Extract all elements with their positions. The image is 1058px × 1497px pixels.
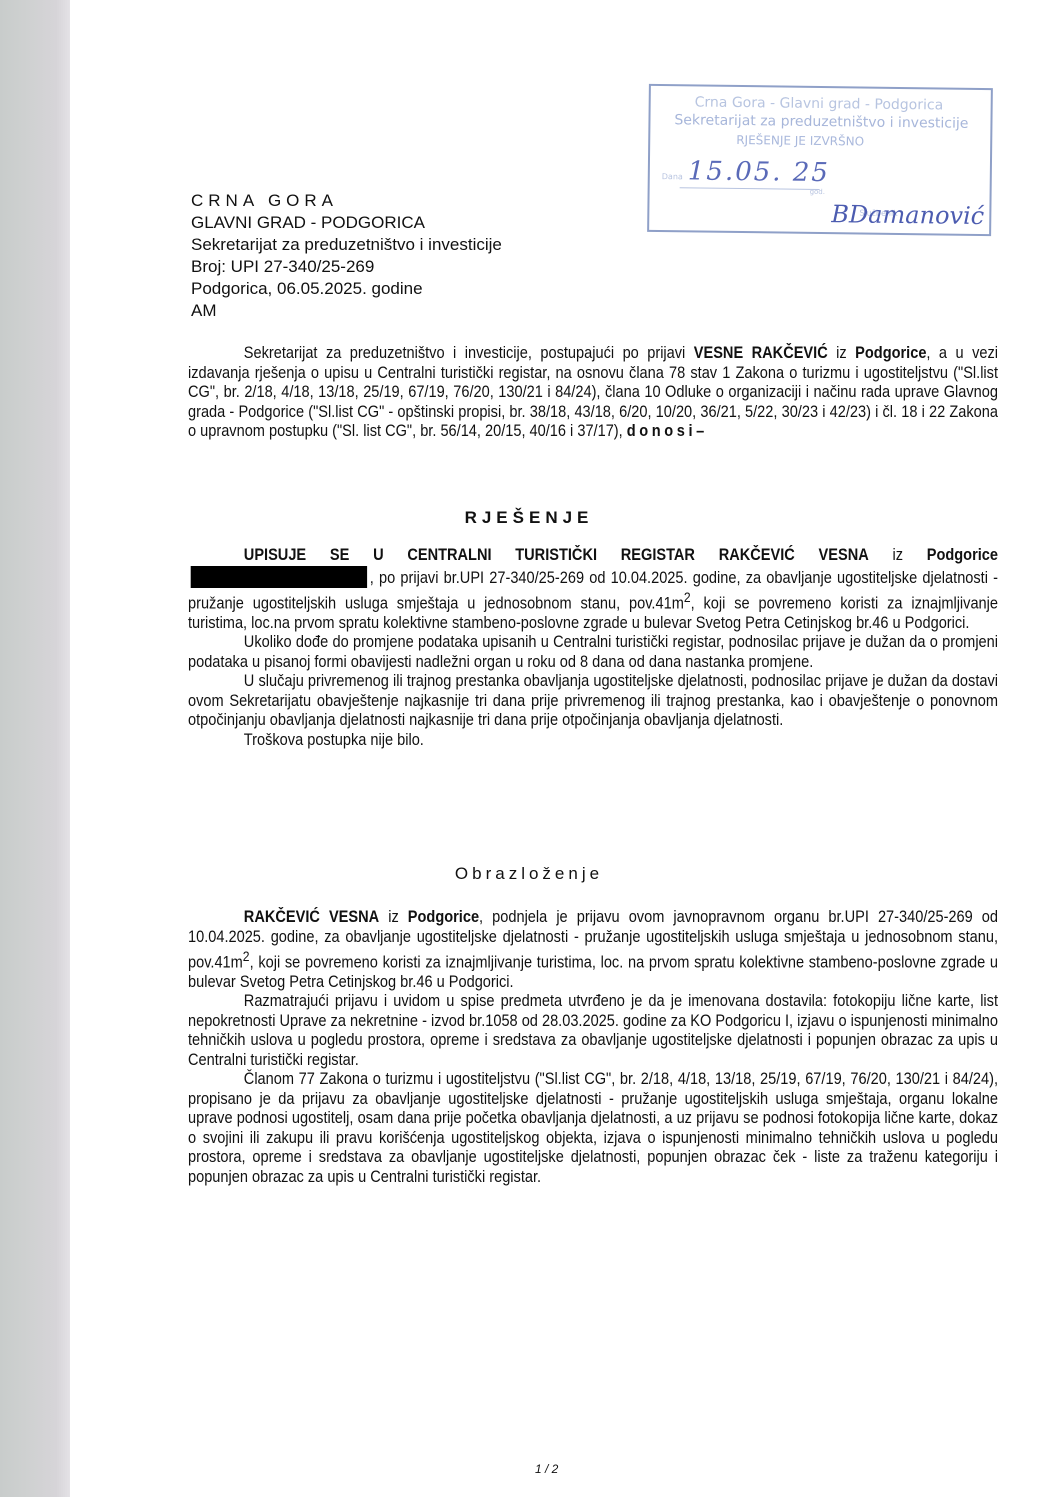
execution-stamp: Crna Gora - Glavni grad - Podgorica Sekr… — [647, 84, 993, 236]
stamp-line-2: Sekretarijat za preduzetništvo i investi… — [674, 112, 968, 132]
reasoning-paragraph-1: RAKČEVIĆ VESNA iz Podgorice, podnjela je… — [188, 908, 998, 992]
applicant-name: VESNE RAKČEVIĆ — [694, 344, 828, 362]
redacted-block — [191, 566, 367, 588]
reasoning-section: RAKČEVIĆ VESNA iz Podgorice, podnjela je… — [188, 908, 998, 1187]
stamp-line-1: Crna Gora - Glavni grad - Podgorica — [695, 94, 944, 113]
header-initials: AM — [191, 300, 502, 322]
decision-paragraph-1: UPISUJE SE U CENTRALNI TURISTIČKI REGIST… — [188, 546, 998, 633]
stamp-signature: BDamanović — [831, 200, 984, 230]
applicant-city: Podgorice — [855, 344, 926, 362]
header-number: Broj: UPI 27-340/25-269 — [191, 256, 502, 278]
page-number: 1 / 2 — [535, 1462, 558, 1476]
reasoning-paragraph-3: Članom 77 Zakona o turizmu i ugostiteljs… — [188, 1070, 998, 1187]
scan-edge — [0, 0, 70, 1497]
header-place-date: Podgorica, 06.05.2025. godine — [191, 278, 502, 300]
decision-heading-text: UPISUJE SE U CENTRALNI TURISTIČKI REGIST… — [244, 546, 869, 564]
decision-section: UPISUJE SE U CENTRALNI TURISTIČKI REGIST… — [188, 546, 998, 750]
reasoning-title: Obrazloženje — [0, 864, 1058, 884]
decision-paragraph-4: Troškova postupka nije bilo. — [188, 731, 998, 751]
donosi-word: donosi– — [627, 422, 708, 440]
stamp-handwritten-date: 15.05. 25 — [688, 156, 830, 188]
stamp-line-3: RJEŠENJE JE IZVRŠNO — [736, 133, 864, 149]
document-header: CRNA GORA GLAVNI GRAD - PODGORICA Sekret… — [191, 190, 502, 322]
stamp-year-label: god. — [810, 188, 826, 196]
decision-paragraph-2: Ukoliko dođe do promjene podataka upisan… — [188, 633, 998, 672]
decision-title: RJEŠENJE — [0, 508, 1058, 528]
header-department: Sekretarijat za preduzetništvo i investi… — [191, 234, 502, 256]
stamp-date-label: Dana — [662, 172, 683, 181]
decision-paragraph-3: U slučaju privremenog ili trajnog presta… — [188, 672, 998, 731]
intro-section: Sekretarijat za preduzetništvo i investi… — [188, 344, 998, 442]
reasoning-paragraph-2: Razmatrajući prijavu i uvidom u spise pr… — [188, 992, 998, 1070]
header-country: CRNA GORA — [191, 190, 502, 212]
intro-paragraph: Sekretarijat za preduzetništvo i investi… — [188, 344, 998, 442]
header-city: GLAVNI GRAD - PODGORICA — [191, 212, 502, 234]
